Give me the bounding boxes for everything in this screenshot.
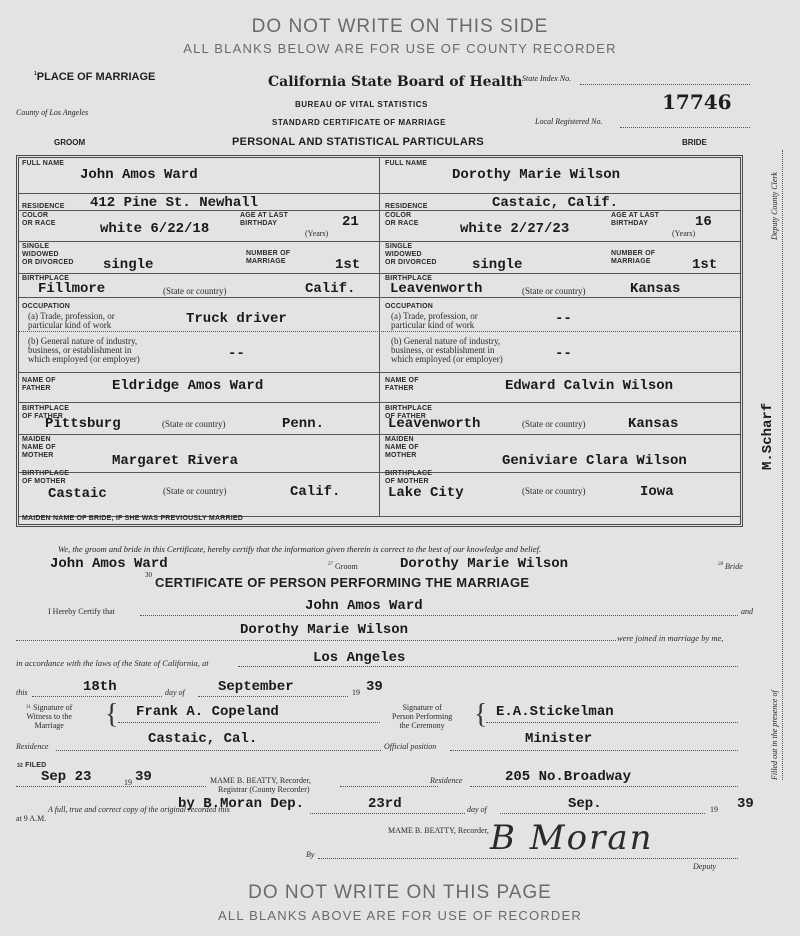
bride-number-marriage-label: NUMBER OFMARRIAGE: [611, 250, 655, 266]
party1-name: John Amos Ward: [305, 598, 423, 614]
side-line: [782, 150, 783, 780]
state-or-country-label: (State or country): [163, 286, 226, 296]
filing-residence-label: Residence: [430, 776, 462, 785]
bride-color-label: COLOROR RACE: [385, 212, 419, 228]
deputy-label: Deputy: [693, 862, 716, 871]
copy-year: 39: [737, 796, 754, 812]
copy-month: Sep.: [568, 796, 602, 812]
witness-residence: Castaic, Cal.: [148, 731, 257, 747]
bride-mother-birthplace-state: Iowa: [640, 484, 674, 500]
deputy-county-clerk-label: Deputy County Clerk: [770, 172, 779, 240]
performer-brace: {: [474, 700, 487, 730]
bride-father-birthplace-city: Leavenworth: [388, 416, 480, 432]
bride-marital-label: SINGLEWIDOWEDOR DIVORCED: [385, 243, 437, 267]
groom-occ-a-label: (a) Trade, profession, orparticular kind…: [28, 312, 115, 330]
recorder-name-2: MAME B. BEATTY, Recorder,: [388, 826, 489, 835]
groom-mother-birthplace-city: Castaic: [48, 486, 107, 502]
bride-birthplace-city: Leavenworth: [390, 281, 482, 297]
footer-warning: DO NOT WRITE ON THIS PAGE: [0, 882, 800, 904]
official-position: Minister: [525, 731, 592, 747]
groom-residence: 412 Pine St. Newhall: [90, 195, 258, 211]
groom-color-label: COLOROR RACE: [22, 212, 56, 228]
bride-father-birthplace-state: Kansas: [628, 416, 678, 432]
county-label: County of Los Angeles: [16, 108, 88, 117]
bride-mother-maiden-name: Geniviare Clara Wilson: [502, 453, 687, 469]
bride-marital-status: single: [472, 257, 522, 273]
filed-year-prefix: 19: [124, 778, 132, 787]
bride-heading: BRIDE: [682, 138, 707, 147]
local-registered-line: [620, 127, 750, 128]
groom-father-name: Eldridge Amos Ward: [112, 378, 263, 394]
hereby-label: I Hereby Certify that: [48, 607, 115, 616]
and-label: and: [741, 607, 753, 616]
by-deputy: by B.Moran Dep.: [178, 796, 304, 812]
maiden-name-bride-label: MAIDEN NAME OF BRIDE, IF SHE WAS PREVIOU…: [22, 515, 243, 523]
groom-age-label: AGE AT LASTBIRTHDAY: [240, 212, 288, 228]
marriage-year: 39: [366, 679, 383, 695]
registrar-label: Registrar (County Recorder): [218, 785, 310, 794]
performer-signature: E.A.Stickelman: [496, 704, 614, 720]
groom-marital-status: single: [103, 257, 153, 273]
groom-signature: John Amos Ward: [50, 556, 168, 572]
groom-sign-label: 27 Groom: [328, 562, 358, 571]
particulars-heading: PERSONAL AND STATISTICAL PARTICULARS: [232, 136, 484, 148]
groom-residence-label: RESIDENCE: [22, 203, 65, 211]
bride-mother-label: MAIDENNAME OFMOTHER: [385, 436, 419, 460]
filed-date: Sep 23: [41, 769, 91, 785]
groom-marital-label: SINGLEWIDOWEDOR DIVORCED: [22, 243, 74, 267]
by-label: By: [306, 850, 314, 859]
marriage-certificate: DO NOT WRITE ON THIS SIDE ALL BLANKS BEL…: [0, 0, 800, 936]
bride-father-label: NAME OFFATHER: [385, 377, 419, 393]
performer-label: Signature ofPerson Performingthe Ceremon…: [392, 703, 452, 730]
copy-day: 23rd: [368, 796, 402, 812]
groom-mother-maiden-name: Margaret Rivera: [112, 453, 238, 469]
groom-mother-birthplace-label: BIRTHPLACEOF MOTHER: [22, 470, 69, 486]
groom-color-race: white 6/22/18: [100, 221, 209, 237]
bride-residence: Castaic, Calif.: [492, 195, 618, 211]
board-title: California State Board of Health: [268, 74, 523, 90]
witness-signature: Frank A. Copeland: [136, 704, 279, 720]
certificate-type: STANDARD CERTIFICATE OF MARRIAGE: [272, 118, 446, 127]
groom-full-name-label: FULL NAME: [22, 160, 64, 168]
footer-subwarning: ALL BLANKS ABOVE ARE FOR USE OF RECORDER: [0, 908, 800, 923]
groom-father-label: NAME OFFATHER: [22, 377, 56, 393]
witness-brace: {: [105, 700, 118, 730]
bride-full-name: Dorothy Marie Wilson: [452, 167, 620, 183]
groom-father-birthplace-city: Pittsburg: [45, 416, 121, 432]
recorder-name: MAME B. BEATTY, Recorder,: [210, 776, 311, 785]
state-or-country-label: (State or country): [163, 486, 226, 496]
state-or-country-label: (State or country): [522, 419, 585, 429]
groom-age: 21: [342, 214, 359, 230]
bride-mother-birthplace-label: BIRTHPLACEOF MOTHER: [385, 470, 432, 486]
deputy-signature: B Moran: [490, 818, 654, 858]
bride-occupation-industry: --: [555, 346, 572, 362]
groom-number-of-marriage: 1st: [335, 257, 360, 273]
certify-statement: We, the groom and bride in this Certific…: [58, 544, 541, 554]
groom-years-label: (Years): [305, 229, 328, 238]
bride-color-race: white 2/27/23: [460, 221, 569, 237]
bride-signature: Dorothy Marie Wilson: [400, 556, 568, 572]
year-prefix: 19: [352, 688, 360, 697]
bride-occupation-label: OCCUPATION: [385, 303, 433, 311]
bride-full-name-label: FULL NAME: [385, 160, 427, 168]
marriage-month: September: [218, 679, 294, 695]
laws-label: in accordance with the laws of the State…: [16, 658, 209, 668]
groom-father-birthplace-state: Penn.: [282, 416, 324, 432]
groom-occupation-industry: --: [228, 346, 245, 362]
day-of-label: day of: [165, 688, 185, 697]
bride-age-label: AGE AT LASTBIRTHDAY: [611, 212, 659, 228]
bride-age: 16: [695, 214, 712, 230]
bride-occ-b-label: (b) General nature of industry,business,…: [391, 337, 503, 364]
state-or-country-label: (State or country): [522, 486, 585, 496]
filing-residence: 205 No.Broadway: [505, 769, 631, 785]
certificate-number: 17746: [662, 90, 732, 114]
state-index-line: [580, 84, 750, 85]
bride-residence-label: RESIDENCE: [385, 203, 428, 211]
bride-sign-label: 28 Bride: [718, 562, 743, 571]
official-position-label: Official position: [384, 742, 436, 751]
performer-section-title: CERTIFICATE OF PERSON PERFORMING THE MAR…: [155, 575, 529, 590]
groom-birthplace-state: Calif.: [305, 281, 355, 297]
bureau-label: BUREAU OF VITAL STATISTICS: [295, 100, 428, 109]
groom-number-marriage-label: NUMBER OFMARRIAGE: [246, 250, 290, 266]
marriage-day: 18th: [83, 679, 117, 695]
bride-occupation-trade: --: [555, 311, 572, 327]
witness-label: 31 Signature ofWitness to theMarriage: [26, 703, 72, 730]
marriage-place: Los Angeles: [313, 650, 405, 666]
item-number-30: 30: [145, 571, 152, 579]
bride-mother-birthplace-city: Lake City: [388, 485, 464, 501]
bride-birthplace-state: Kansas: [630, 281, 680, 297]
clerk-name: M.Scharf: [760, 403, 776, 470]
groom-mother-birthplace-state: Calif.: [290, 484, 340, 500]
groom-birthplace-city: Fillmore: [38, 281, 105, 297]
this-label: this: [16, 688, 28, 697]
copy-year-prefix: 19: [710, 805, 718, 814]
state-or-country-label: (State or country): [162, 419, 225, 429]
groom-mother-label: MAIDENNAME OFMOTHER: [22, 436, 56, 460]
column-divider: [379, 158, 380, 516]
filled-out-presence-label: Filled out in the presence of: [770, 690, 779, 780]
place-of-marriage-label: 1PLACE OF MARRIAGE: [34, 71, 155, 83]
state-index-label: State Index No.: [522, 74, 571, 83]
residence-label: Residence: [16, 742, 48, 751]
top-subwarning: ALL BLANKS BELOW ARE FOR USE OF COUNTY R…: [0, 41, 800, 56]
groom-occupation-trade: Truck driver: [186, 311, 287, 327]
joined-label: were joined in marriage by me,: [617, 633, 723, 643]
bride-number-of-marriage: 1st: [692, 257, 717, 273]
party2-name: Dorothy Marie Wilson: [240, 622, 408, 638]
filed-year: 39: [135, 769, 152, 785]
local-registered-label: Local Registered No.: [535, 117, 602, 126]
bride-occ-a-label: (a) Trade, profession, orparticular kind…: [391, 312, 478, 330]
top-warning: DO NOT WRITE ON THIS SIDE: [0, 16, 800, 38]
bride-years-label: (Years): [672, 229, 695, 238]
groom-occupation-label: OCCUPATION: [22, 303, 70, 311]
groom-heading: GROOM: [54, 138, 85, 147]
groom-occ-b-label: (b) General nature of industry,business,…: [28, 337, 140, 364]
at-time: at 9 A.M.: [16, 814, 46, 823]
groom-full-name: John Amos Ward: [80, 167, 198, 183]
state-or-country-label: (State or country): [522, 286, 585, 296]
copy-day-of-label: day of: [467, 805, 487, 814]
bride-father-name: Edward Calvin Wilson: [505, 378, 673, 394]
